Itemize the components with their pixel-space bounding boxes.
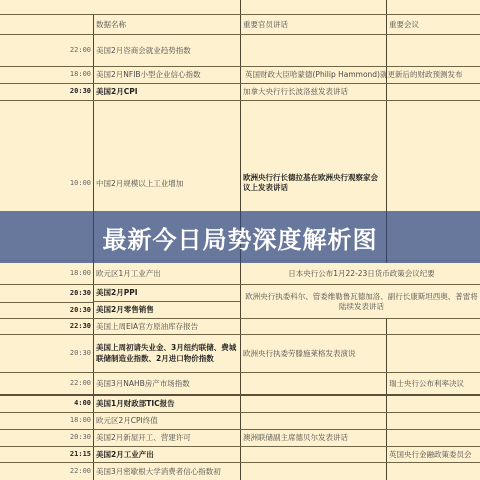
table-row: 20:30 美国2月CPI 加拿大央行行长波洛兹发表讲话 [0,84,480,101]
name-cell: 美国2月新屋开工、营建许可 [93,430,240,446]
meeting-cell [386,396,480,412]
time-cell: 18:00 [0,67,93,83]
name-text: 美国上周初请失业金、3月纽约联储、费城联储制造业指数、2月进口物价指数 [96,343,238,364]
time-cell: 20:30 [0,430,93,446]
time-cell: 20:30 [0,335,93,372]
name-cell: 美国2月CPI [93,84,240,100]
name-cell: 欧元区1月工业产出 [93,263,240,284]
meeting-cell: 英国央行金融政策委员会 [386,447,480,462]
speech-text: 欧洲央行执委科尔、管委维勒鲁瓦德加洛、副行长康斯坦西奥、普雷将陆续发表讲话 [244,292,480,312]
table-row: 22:30 美国上周EIA官方原油库存报告 [0,319,480,335]
speech-cell [240,0,386,14]
table-row: 21:15 美国2月工业产出 英国央行金融政策委员会 [0,447,480,463]
name-cell: 欧元区2月CPI终值 [93,413,240,429]
time-cell: 20:30 [0,84,93,100]
time-cell: 22:00 [0,35,93,66]
time-cell: 18:00 [0,413,93,429]
table-row: 20:30 美国2月新屋开工、营建许可 澳洲联储副主席德贝尔发表讲话 [0,430,480,447]
speech-cell [240,319,386,334]
time-cell: 20:30 [0,285,93,302]
name-text: 中国2月规模以上工业增加 [96,179,183,189]
time-cell: 20:30 [0,302,93,318]
table-row-blank-top [0,0,480,15]
name-cell: 美国2月NFIB小型企业信心指数 [93,67,240,83]
time-cell [0,0,93,14]
name-cell: 美国1月财政部TIC报告 [93,396,240,412]
time-cell: 22:00 [0,463,93,480]
time-cell: 21:15 [0,447,93,462]
name-cell [93,0,240,14]
time-cell: 22:00 [0,373,93,394]
time-cell: 4:00 [0,396,93,412]
title-banner: 最新今日局势深度解析图 [0,211,480,263]
speech-cell: 加拿大央行行长波洛兹发表讲话 [240,84,386,100]
speech-cell: 欧洲央行执委科尔、管委维勒鲁瓦德加洛、副行长康斯坦西奥、普雷将陆续发表讲话 [240,285,480,318]
name-cell: 美国2月工业产出 [93,447,240,462]
time-cell: 22:30 [0,319,93,334]
name-cell: 美国2月零售销售 [93,302,240,318]
table-row: 22:00 美国2月咨商会就业趋势指数 [0,35,480,67]
header-official-speech: 重要官员讲话 [240,15,386,34]
meeting-cell [386,413,480,429]
table-row: 20:30 美国2月PPI 欧洲央行执委科尔、管委维勒鲁瓦德加洛、副行长康斯坦西… [0,285,480,302]
header-meeting: 重要会议 [386,15,480,34]
speech-cell [240,463,386,480]
time-text: 10:00 [70,179,91,188]
speech-cell: 欧洲央行执委劳滕施莱格发表演说 [240,335,386,372]
header-time [0,15,93,34]
name-cell: 美国上周EIA官方原油库存报告 [93,319,240,334]
name-cell: 美国2月PPI [93,285,240,302]
meeting-cell [386,430,480,446]
grid-line-overlay [386,211,387,263]
header-data-name: 数据名称 [93,15,240,34]
banner-title: 最新今日局势深度解析图 [103,220,378,255]
table-row: 18:00 美国2月NFIB小型企业信心指数 英国财政大臣哈蒙德(Philip … [0,67,480,84]
name-cell: 美国3月密歇根大学消费者信心指数初 [93,463,240,480]
speech-text: 欧洲央行行长德拉基在欧洲央行观察家会议上发表讲话 [243,173,381,193]
meeting-cell [386,319,480,334]
table-row: 20:30 美国上周初请失业金、3月纽约联储、费城联储制造业指数、2月进口物价指… [0,335,480,373]
speech-cell: 英国财政大臣哈蒙德(Philip Hammond)就更新后的财政预测发布 [240,67,480,83]
speech-cell [240,35,386,66]
table-row: 18:00 欧元区2月CPI终值 [0,413,480,430]
name-cell: 美国2月咨商会就业趋势指数 [93,35,240,66]
meeting-cell [386,35,480,66]
speech-cell [240,396,386,412]
time-cell: 18:00 [0,263,93,284]
speech-cell [240,413,386,429]
grid-line-overlay [93,211,94,263]
speech-cell [240,447,386,462]
table-header-row: 数据名称 重要官员讲话 重要会议 [0,15,480,35]
meeting-cell [386,335,480,372]
meeting-cell: 瑞士央行公布利率决议 [386,373,480,394]
table-row: 4:00 美国1月财政部TIC报告 [0,396,480,413]
meeting-cell [386,0,480,14]
table-row: 22:00 美国3月NAHB房产市场指数 瑞士央行公布利率决议 [0,373,480,396]
meeting-cell [386,84,480,100]
speech-cell: 日本央行公布1月22-23日货币政策会议纪要 [240,263,480,284]
table-row: 22:00 美国3月密歇根大学消费者信心指数初 [0,463,480,480]
speech-cell: 澳洲联储副主席德贝尔发表讲话 [240,430,386,446]
meeting-cell [386,463,480,480]
name-cell: 美国上周初请失业金、3月纽约联储、费城联储制造业指数、2月进口物价指数 [93,335,240,372]
speech-cell [240,373,386,394]
name-cell: 美国3月NAHB房产市场指数 [93,373,240,394]
table-row: 18:00 欧元区1月工业产出 日本央行公布1月22-23日货币政策会议纪要 [0,263,480,285]
